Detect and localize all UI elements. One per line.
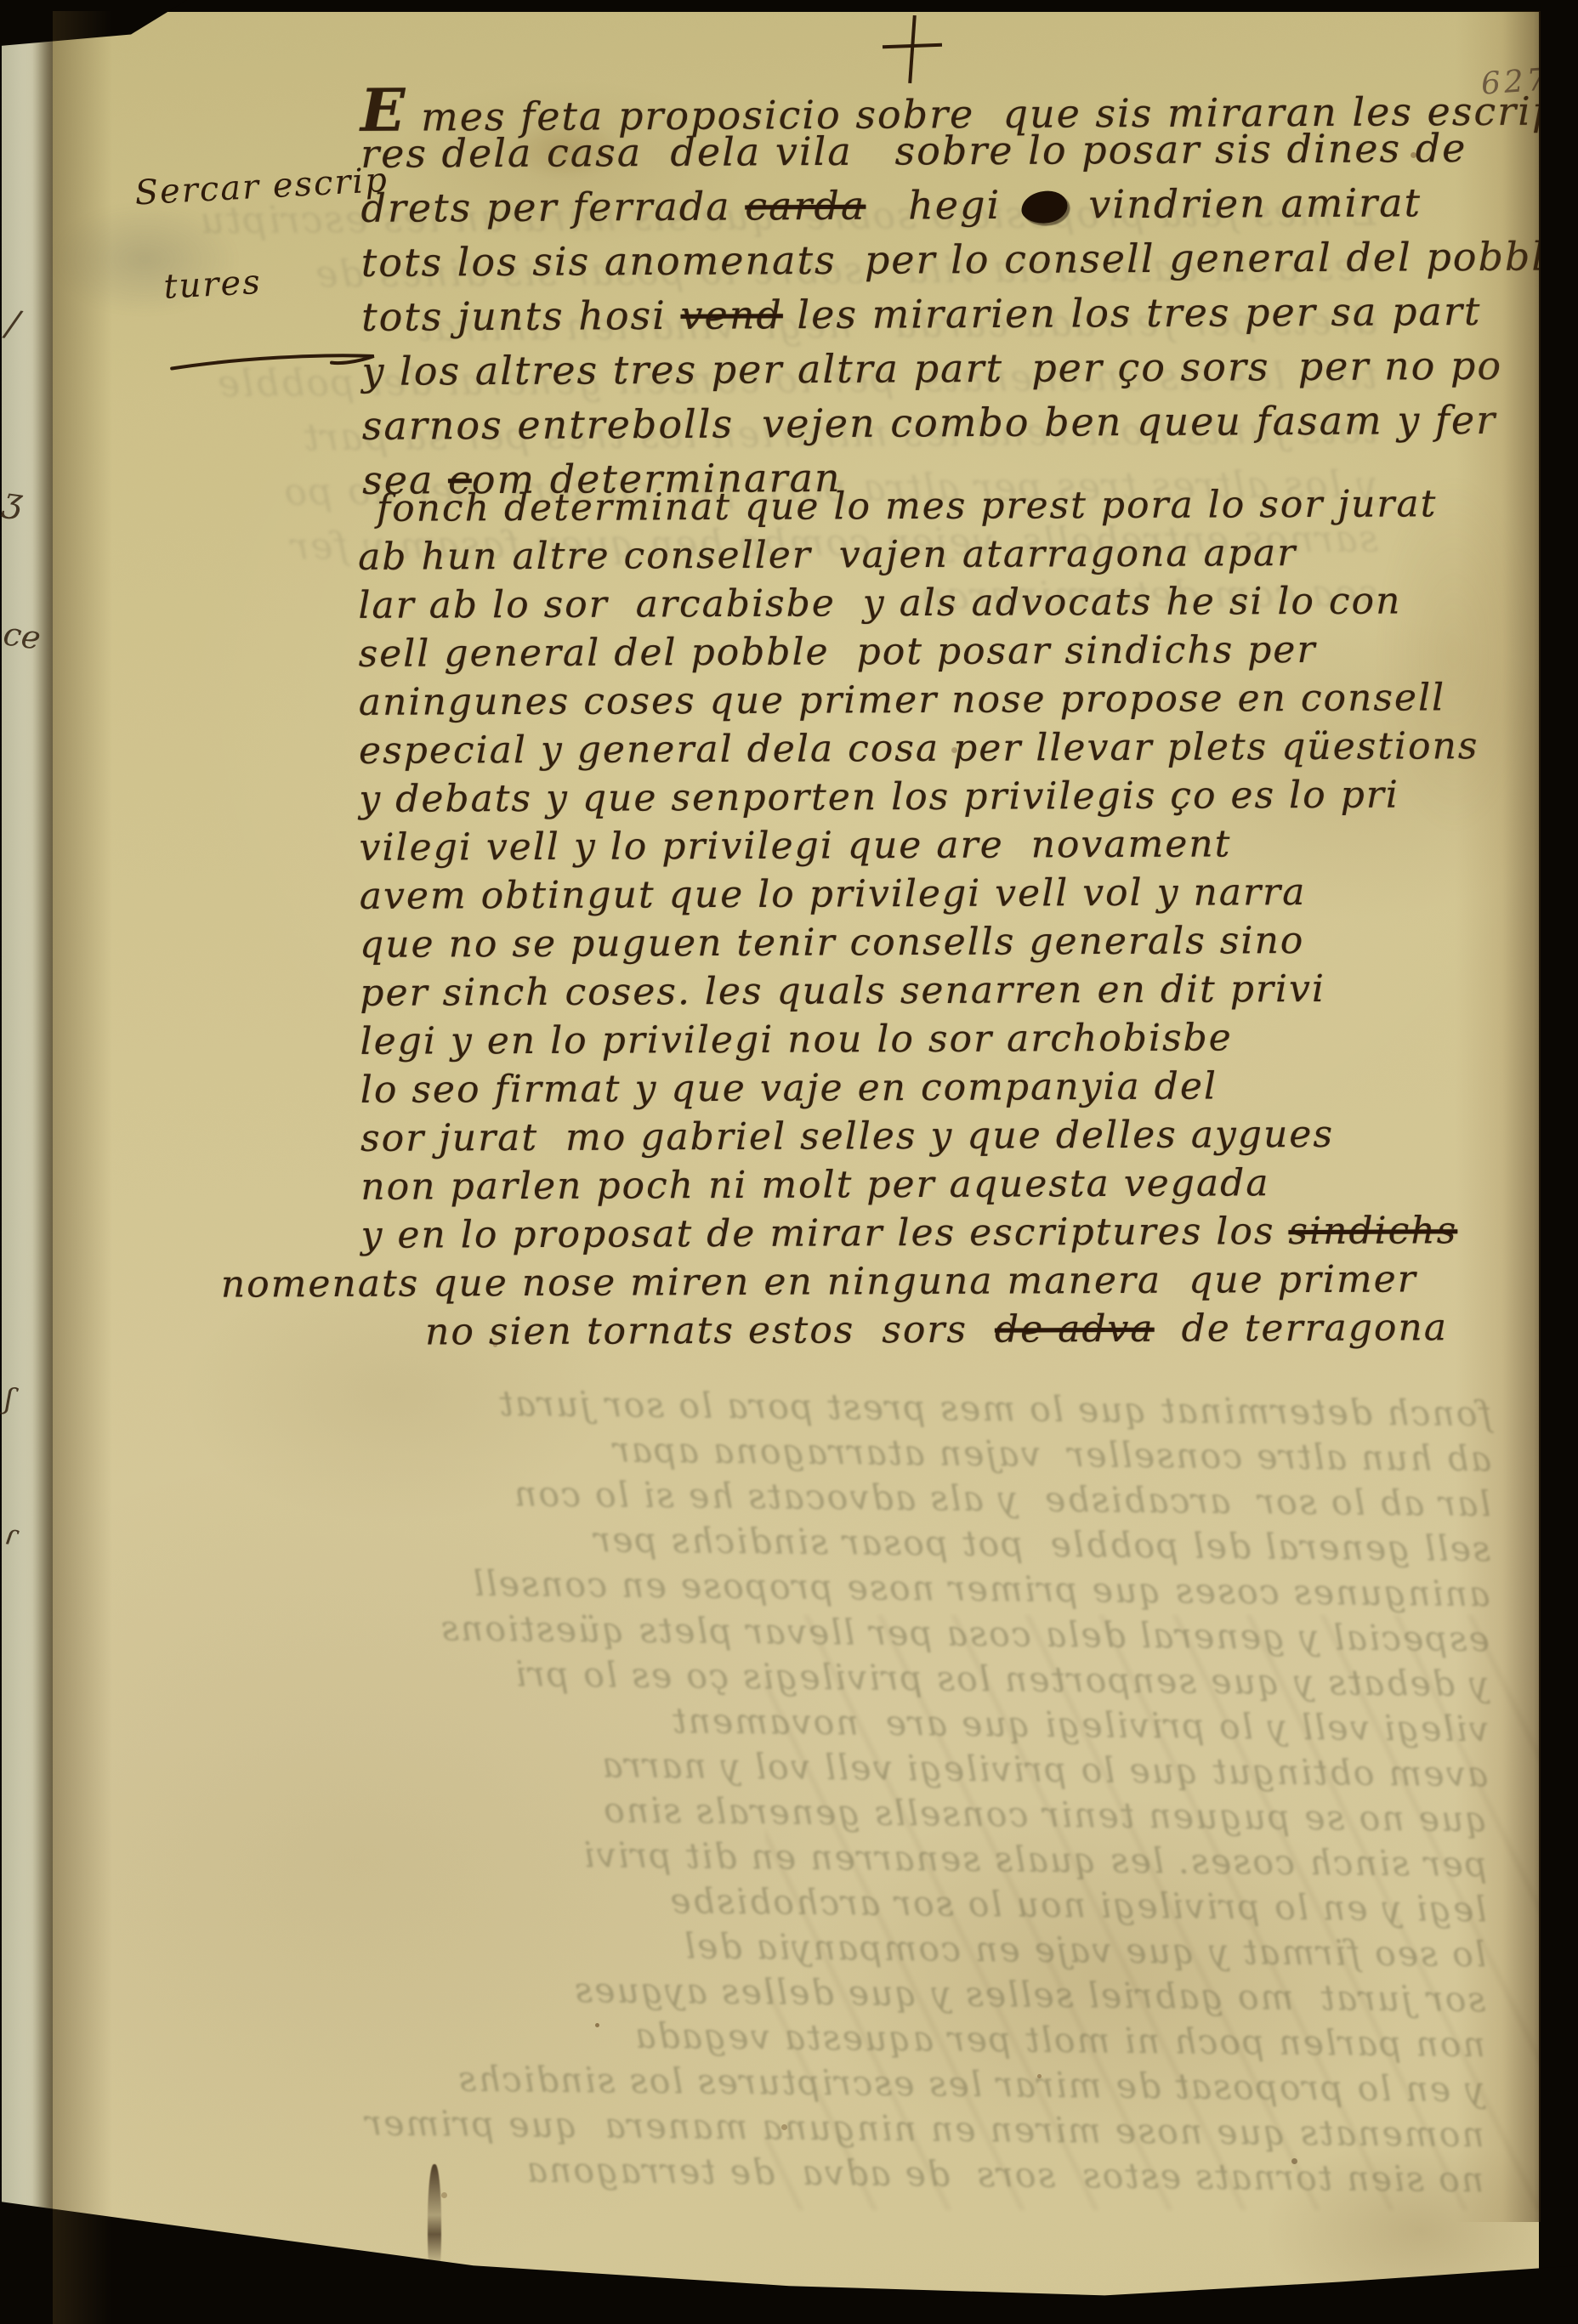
text-segment: especial y general dela cosa per llevar …	[359, 724, 1479, 773]
manuscript-line: aningunes coses que primer nose propose …	[359, 676, 1479, 729]
text-segment: per sinch coses. les quals senarren en d…	[360, 967, 1325, 1015]
text-segment: vilegi vell y lo privilegi que are novam…	[360, 822, 1232, 869]
ink-fragment: ce	[1, 615, 43, 657]
text-block-determinacio: fonch determinat que lo mes prest pora l…	[358, 482, 1482, 1359]
manuscript-line: res dela casa dela vila sobre lo posar s…	[360, 124, 1578, 185]
struck-text: de adva	[995, 1307, 1155, 1352]
text-segment: sell general del pobble pot posar sindic…	[359, 628, 1317, 676]
text-segment: y debats y que senporten los privilegis …	[359, 774, 1399, 821]
previous-page-edge: / ʒ ce ʃ ɾ	[2, 22, 53, 2300]
text-segment: fonch determinat que lo mes prest pora l…	[377, 482, 1438, 530]
text-segment: sarnos entrebolls vejen combo ben queu f…	[362, 397, 1497, 449]
manuscript-line: y en lo proposat de mirar les escripture…	[360, 1209, 1481, 1262]
text-segment: drets per ferrada	[360, 183, 745, 230]
text-block-proposicio: E mes feta proposicio sobre que sis mira…	[360, 70, 1578, 512]
text-segment: hegi	[866, 182, 1015, 229]
ink-fragment: ʃ	[3, 1382, 15, 1417]
manuscript-line: drets per ferrada carda hegi vindrien am…	[360, 179, 1578, 240]
manuscript-photo: { "page": { "folio_number": "627", "pape…	[0, 0, 1578, 2324]
manuscript-line: sell general del pobble pot posar sindic…	[359, 627, 1479, 681]
text-segment: tots los sis anomenats per lo consell ge…	[361, 233, 1571, 285]
photo-edge-top	[0, 0, 1578, 12]
margin-note-flourish	[170, 349, 383, 376]
ink-blot	[1022, 190, 1068, 223]
manuscript-line: sor jurat mo gabriel selles y que delles…	[360, 1112, 1481, 1165]
manuscript-line: lar ab lo sor arcabisbe y als advocats h…	[358, 579, 1479, 632]
manuscript-line: legi y en lo privilegi nou lo sor archob…	[360, 1015, 1481, 1068]
manuscript-line: que no se puguen tenir consells generals…	[360, 918, 1480, 972]
text-segment: vindrien amirat	[1075, 179, 1422, 227]
manuscript-line: nomenats que nose miren en ninguna maner…	[221, 1257, 1482, 1311]
manuscript-line: y los altres tres per altra part per ço …	[361, 342, 1578, 403]
struck-text: sindichs	[1288, 1209, 1457, 1253]
manuscript-line: no sien tornats estos sors de adva de te…	[425, 1306, 1482, 1358]
text-segment: y en lo proposat de mirar les escripture…	[360, 1210, 1288, 1257]
manuscript-line: especial y general dela cosa per llevar …	[359, 724, 1479, 778]
text-segment: legi y en lo privilegi nou lo sor archob…	[360, 1016, 1233, 1063]
manuscript-line: avem obtingut que lo privilegi vell vol …	[360, 870, 1480, 923]
ink-fragment: /	[4, 302, 22, 344]
manuscript-line: vilegi vell y lo privilegi que are novam…	[360, 821, 1480, 875]
manuscript-line: per sinch coses. les quals senarren en d…	[360, 966, 1480, 1020]
text-segment: avem obtingut que lo privilegi vell vol …	[360, 870, 1307, 918]
manuscript-line: lo seo firmat y que vaje en companyia de…	[360, 1063, 1481, 1117]
text-segment: y los altres tres per altra part per ço …	[361, 343, 1502, 394]
text-segment: lo seo firmat y que vaje en companyia de…	[360, 1064, 1218, 1111]
manuscript-line: E mes feta proposicio sobre que sis mira…	[360, 70, 1578, 131]
text-segment: no sien tornats estos sors	[425, 1308, 995, 1354]
text-segment: non parlen poch ni molt per aquesta vega…	[360, 1161, 1269, 1209]
foxing-specks	[595, 2023, 599, 2027]
manuscript-line: tots los sis anomenats per lo consell ge…	[361, 233, 1578, 294]
manuscript-line: non parlen poch ni molt per aquesta vega…	[360, 1160, 1481, 1214]
text-segment: tots junts hosi	[361, 292, 681, 340]
text-segment: de terragona	[1155, 1306, 1449, 1351]
text-segment: ab hun altre conseller vajen atarragona …	[358, 531, 1297, 579]
ink-fragment: ɾ	[3, 1517, 20, 1553]
text-segment: lar ab lo sor arcabisbe y als advocats h…	[358, 580, 1401, 627]
manuscript-line: y debats y que senporten los privilegis …	[359, 773, 1479, 826]
text-segment: sor jurat mo gabriel selles y que delles…	[360, 1113, 1334, 1160]
text-segment: nomenats que nose miren en ninguna maner…	[221, 1257, 1417, 1306]
margin-note-line: tures	[162, 263, 262, 307]
manuscript-line: fonch determinat que lo mes prest pora l…	[377, 482, 1479, 536]
margin-note-line: Sercar escrip	[134, 161, 389, 213]
manuscript-line: tots junts hosi vend les mirarien los tr…	[361, 287, 1578, 349]
struck-text: vend	[680, 292, 783, 338]
text-segment: aningunes coses que primer nose propose …	[359, 676, 1446, 724]
text-segment: les mirarien los tres per sa part	[783, 288, 1482, 337]
text-segment: que no se puguen tenir consells generals…	[360, 919, 1304, 966]
photo-edge-right	[1539, 0, 1578, 2324]
struck-text: carda	[745, 183, 866, 230]
ink-fragment: ʒ	[1, 480, 26, 522]
manuscript-line: sarnos entrebolls vejen combo ben queu f…	[362, 396, 1578, 457]
manuscript-line: ab hun altre conseller vajen atarragona …	[358, 530, 1479, 584]
text-segment: res dela casa dela vila sobre lo posar s…	[360, 125, 1467, 177]
